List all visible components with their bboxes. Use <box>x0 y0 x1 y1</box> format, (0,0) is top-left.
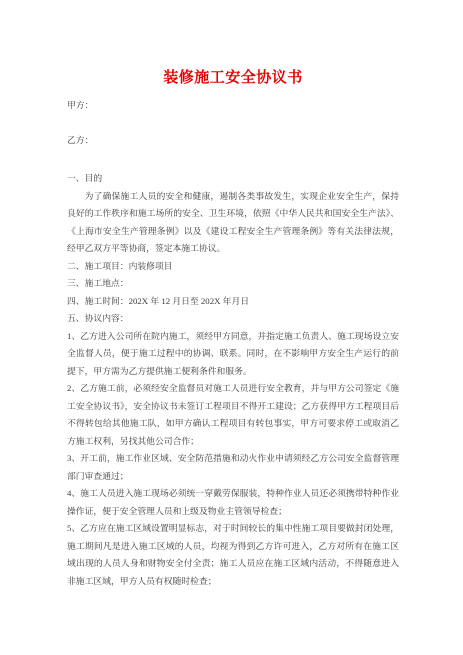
clause-1: 1、乙方进入公司所在院内施工，须经甲方同意，并指定施工负责人、施工现场设立安全监… <box>67 328 399 381</box>
section-heading-purpose: 一、目的 <box>67 170 399 188</box>
section-project: 二、施工项目：内装修项目 <box>67 258 399 276</box>
purpose-paragraph: 为了确保施工人员的安全和健康，遏制各类事故发生，实现企业安全生产，保持良好的工作… <box>67 188 399 258</box>
clause-5: 5、乙方应在施工区域设置明显标志，对于时间较长的集中性施工项目要做封闭处理，施工… <box>67 520 399 590</box>
document-page: 装修施工安全协议书 甲方： 乙方： 一、目的 为了确保施工人员的安全和健康，遏制… <box>0 0 463 655</box>
clause-2: 2、乙方施工前，必须经安全监督员对施工人员进行安全教育，并与甲方公司签定《施工安… <box>67 380 399 450</box>
section-location: 三、施工地点： <box>67 275 399 293</box>
section-time: 四、施工时间：202X 年 12 月日至 202X 年月日 <box>67 293 399 311</box>
document-title: 装修施工安全协议书 <box>67 69 399 88</box>
party-a-line: 甲方： <box>67 97 399 115</box>
section-agreement-content-heading: 五、协议内容： <box>67 310 399 328</box>
clause-3: 3、开工前，施工作业区域、安全防范措施和动火作业申请须经乙方公司安全监督管理部门… <box>67 450 399 485</box>
clause-4: 4、施工人员进入施工现场必须统一穿戴劳保服装，特种作业人员还必须携带特种作业操作… <box>67 485 399 520</box>
party-b-line: 乙方： <box>67 132 399 150</box>
